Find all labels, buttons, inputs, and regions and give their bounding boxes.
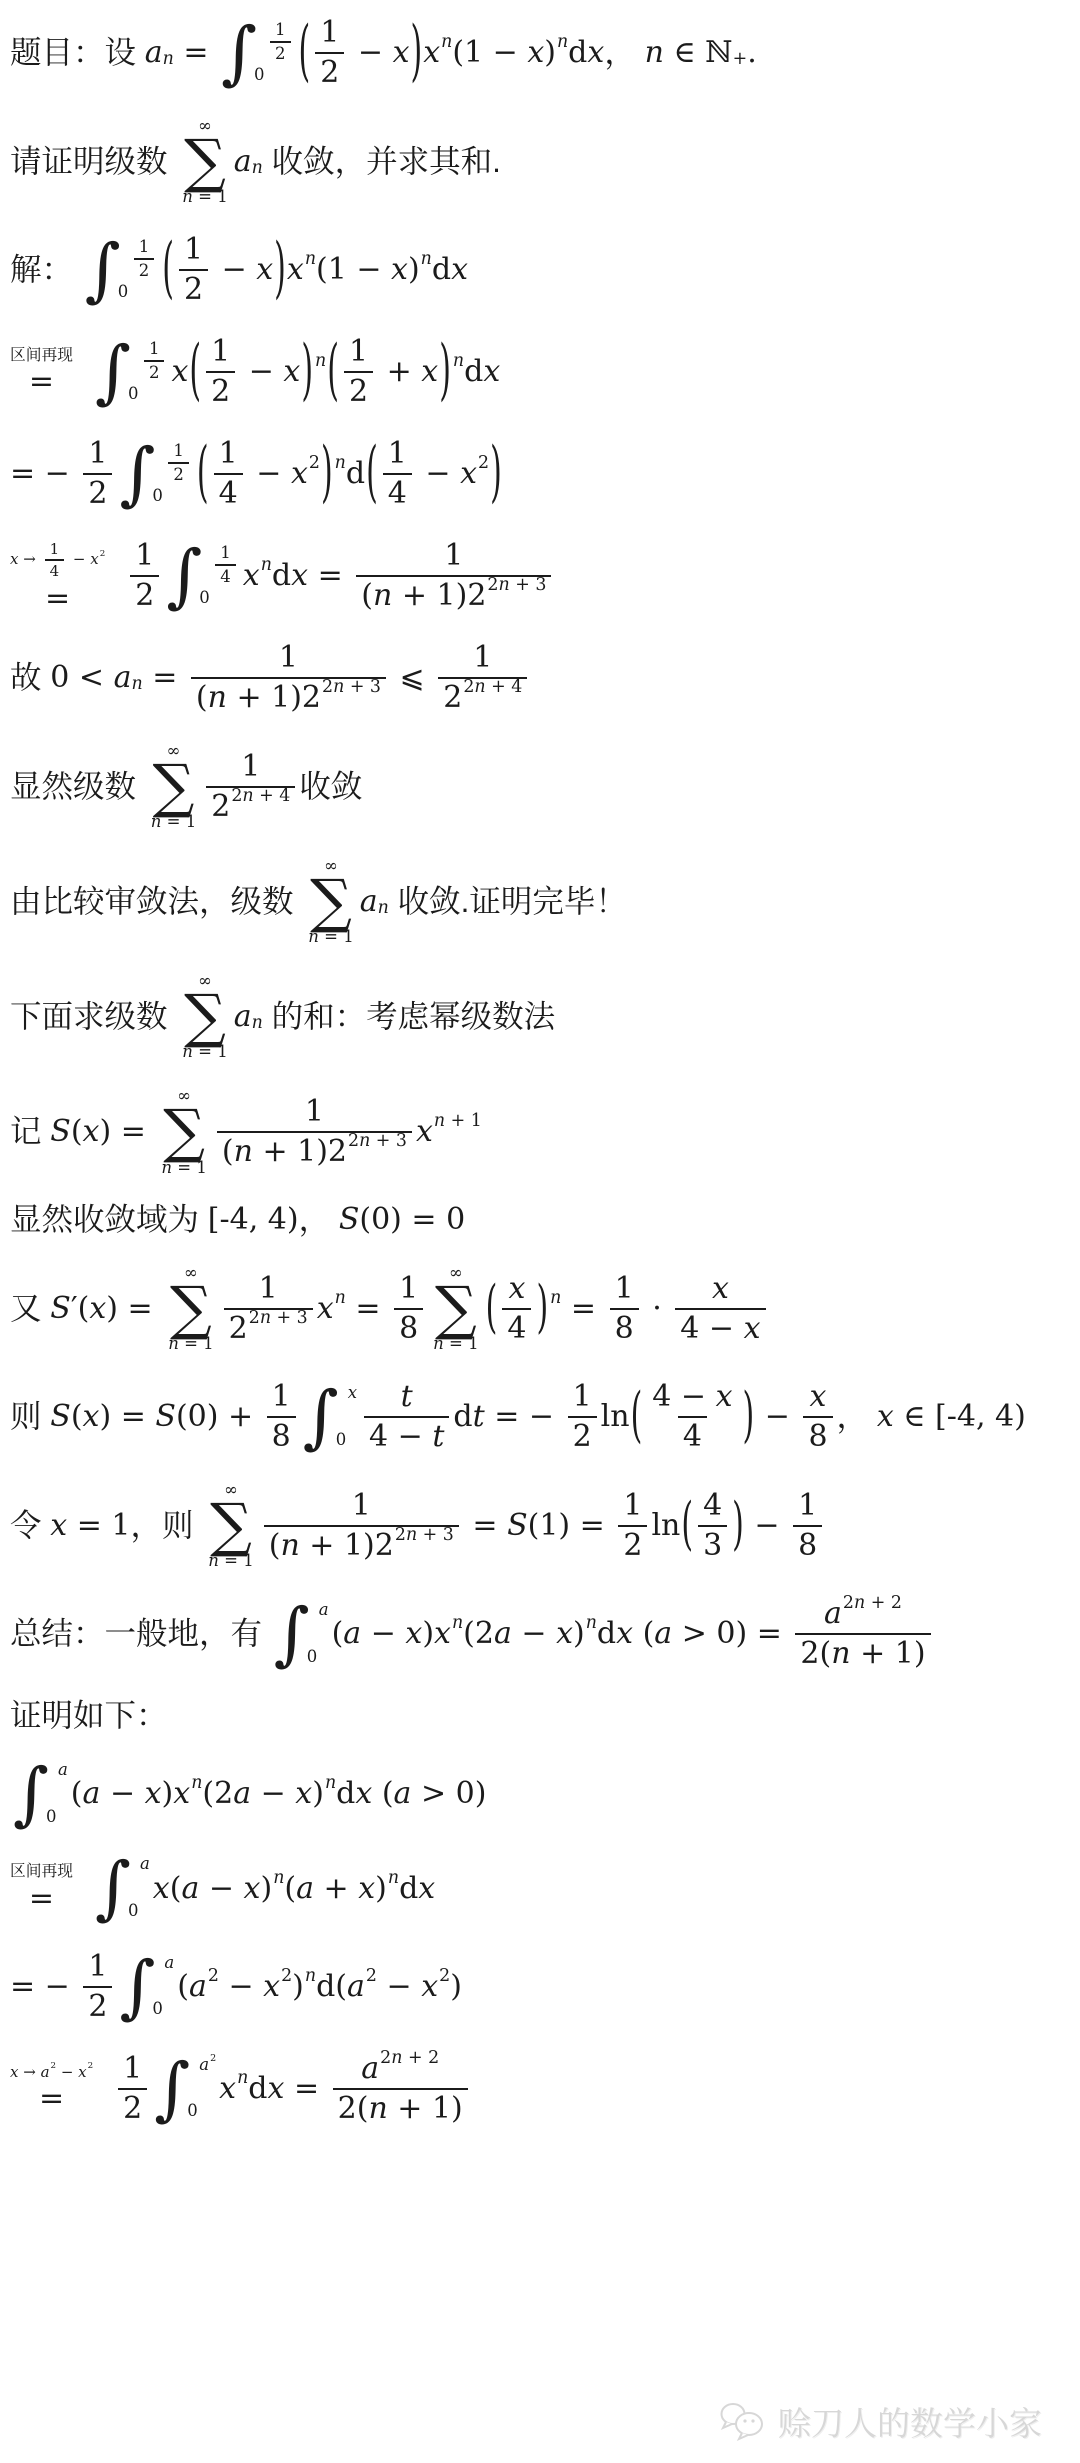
step-integrate-back: 则 S(x) = S(0) + 18∫x0t4 − tdt = − 12ln(4… [10, 1378, 1070, 1456]
proof-result: x → a2 − x2=12∫a20xndx = a2n + 22(n + 1) [10, 2050, 1070, 2128]
summation-sign: ∞∑n = 1 [433, 1263, 478, 1354]
summation-sign: ∞∑n = 1 [168, 1263, 213, 1354]
step-substitution-setup-1: = − 12∫120(14 − x2)nd(14 − x2) [10, 435, 1070, 513]
integral-sign: ∫120 [85, 235, 158, 305]
annotated-equals: x → 14 − x2= [10, 539, 105, 614]
integral-sign: ∫x0 [303, 1382, 357, 1452]
step-derivative: 又 S′(x) = ∞∑n = 1122n + 3xn = 18∞∑n = 1(… [10, 1263, 1070, 1354]
solution-start: 解： ∫120(12 − x)xn(1 − x)ndx [10, 231, 1070, 309]
step-inequality: 故 0 < an = 1(n + 1)22n + 3 ⩽ 122n + 4 [10, 639, 1070, 717]
summation-sign: ∞∑n = 1 [182, 116, 227, 207]
step-evaluate-x1: 令 x = 1，则 ∞∑n = 11(n + 1)22n + 3 = S(1) … [10, 1480, 1070, 1571]
watermark: 赊刀人的数学小家 [10, 2398, 1070, 2445]
integral-sign: ∫120 [119, 439, 192, 509]
step-comparison-conclusion: 由比较审敛法，级数 ∞∑n = 1an 收敛.证明完毕！ [10, 856, 1070, 947]
step-series-converges: 显然级数 ∞∑n = 1122n + 4收敛 [10, 741, 1070, 832]
integral-sign: ∫a20 [154, 2054, 216, 2124]
integral-sign: ∫120 [221, 18, 294, 88]
summation-sign: ∞∑n = 1 [308, 856, 353, 947]
summation-sign: ∞∑n = 1 [182, 971, 227, 1062]
problem-task: 请证明级数 ∞∑n = 1an 收敛，并求其和. [10, 116, 1070, 207]
problem-statement: 题目：设 an = ∫120(12 − x)xn(1 − x)ndx， n ∈ … [10, 14, 1070, 92]
step-define-Sx: 记 S(x) = ∞∑n = 11(n + 1)22n + 3xn + 1 [10, 1086, 1070, 1177]
annotated-equals: 区间再现= [10, 347, 73, 397]
watermark-text: 赊刀人的数学小家 [778, 2398, 1042, 2445]
integral-sign: ∫a0 [13, 1759, 68, 1829]
proof-substitution: = − 12∫a0(a2 − x2)nd(a2 − x2) [10, 1948, 1070, 2026]
step-sum-intro: 下面求级数 ∞∑n = 1an 的和：考虑幂级数法 [10, 971, 1070, 1062]
proof-intro: 证明如下： [10, 1697, 1070, 1735]
integral-sign: ∫120 [95, 337, 168, 407]
step-interval-reproduction-1: 区间再现=∫120x(12 − x)n(12 + x)ndx [10, 333, 1070, 411]
step-result-an: x → 14 − x2=12∫140xndx = 1(n + 1)22n + 3 [10, 537, 1070, 615]
chat-bubbles-icon [720, 2401, 768, 2443]
integral-sign: ∫a0 [119, 1952, 174, 2022]
formula-list: 题目：设 an = ∫120(12 − x)xn(1 − x)ndx， n ∈ … [10, 14, 1070, 2152]
integral-sign: ∫a0 [95, 1853, 150, 1923]
step-domain: 显然收敛域为 [-4, 4)， S(0) = 0 [10, 1201, 1070, 1239]
annotated-equals: x → a2 − x2= [10, 2064, 93, 2114]
annotated-equals: 区间再现= [10, 1863, 73, 1913]
summary-general-formula: 总结：一般地，有 ∫a0(a − x)xn(2a − x)ndx (a > 0)… [10, 1595, 1070, 1673]
math-solution-document: 题目：设 an = ∫120(12 − x)xn(1 − x)ndx， n ∈ … [0, 0, 1080, 2463]
proof-integral: ∫a0(a − x)xn(2a − x)ndx (a > 0) [10, 1759, 1070, 1829]
integral-sign: ∫a0 [274, 1599, 329, 1669]
summation-sign: ∞∑n = 1 [161, 1086, 206, 1177]
summation-sign: ∞∑n = 1 [151, 741, 196, 832]
integral-sign: ∫140 [166, 541, 239, 611]
summation-sign: ∞∑n = 1 [208, 1480, 253, 1571]
proof-interval-reproduction: 区间再现=∫a0x(a − x)n(a + x)ndx [10, 1853, 1070, 1923]
